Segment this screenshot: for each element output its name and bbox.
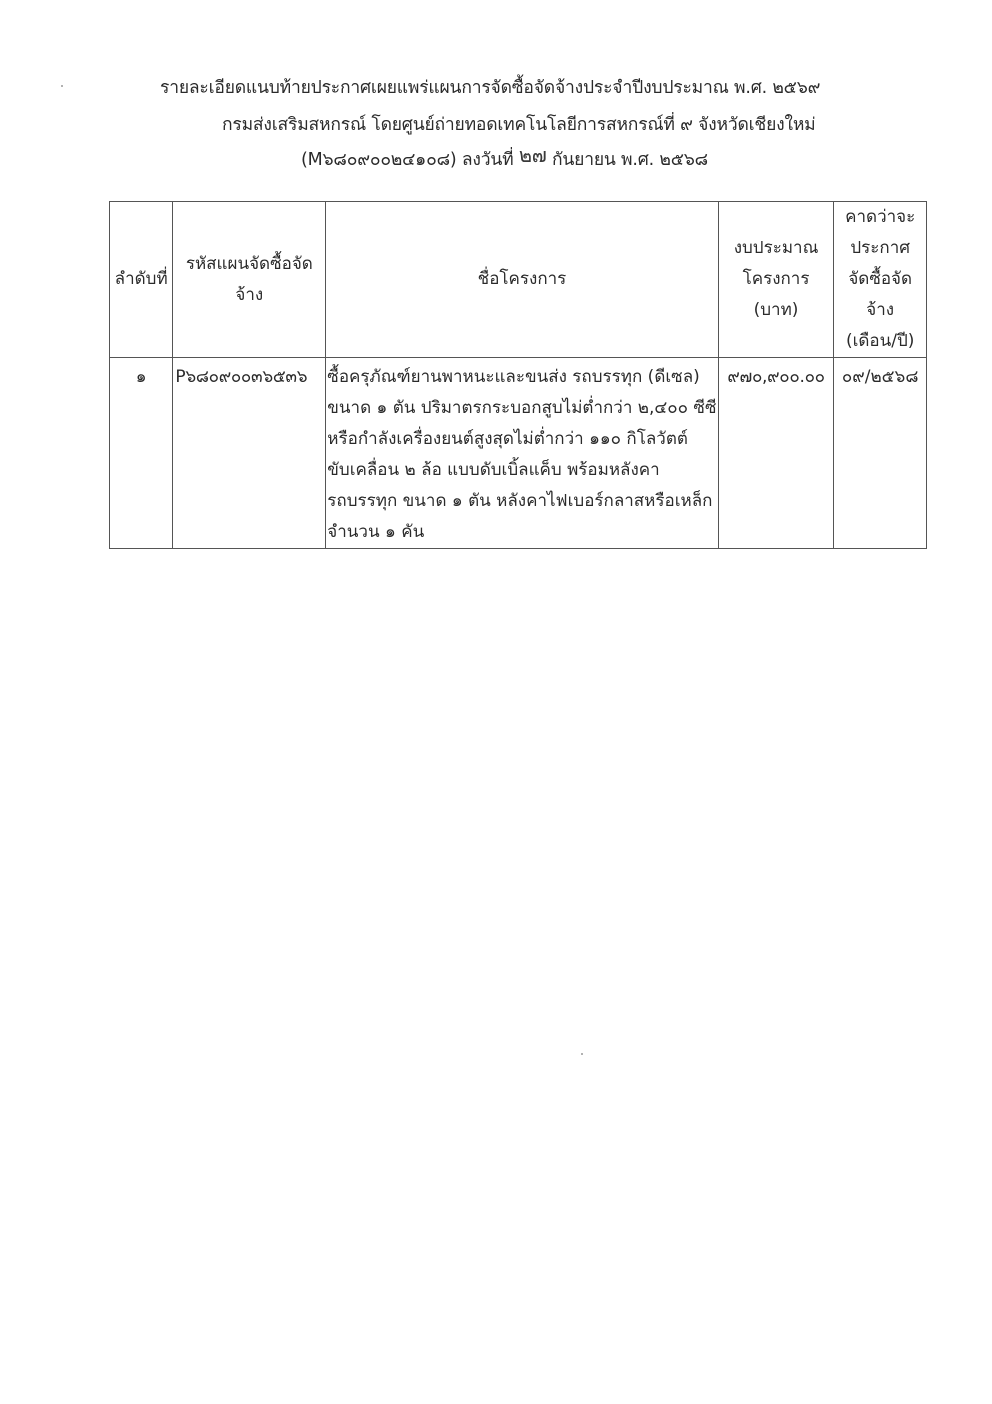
header-date: คาดว่าจะ ประกาศ จัดซื้อจัด จ้าง (เดือน/ป… — [834, 202, 927, 358]
table-header-row: ลำดับที่ รหัสแผนจัดซื้อจัด จ้าง ชื่อโครง… — [110, 202, 927, 358]
header-code-line: รหัสแผนจัดซื้อจัด — [173, 249, 325, 280]
scan-speck — [61, 85, 63, 87]
header-name: ชื่อโครงการ — [326, 202, 718, 358]
header-no: ลำดับที่ — [110, 202, 173, 358]
document-page: รายละเอียดแนบท้ายประกาศเผยแพร่แผนการจัดซ… — [0, 0, 992, 1404]
header-budget-line: งบประมาณ — [719, 233, 834, 264]
handwritten-day: ๒๗ — [519, 143, 547, 167]
scan-speck — [581, 1053, 583, 1055]
procurement-plan-table: ลำดับที่ รหัสแผนจัดซื้อจัด จ้าง ชื่อโครง… — [109, 201, 927, 549]
project-name-line: ขนาด ๑ ตัน ปริมาตรกระบอกสูบไม่ต่ำกว่า ๒,… — [327, 393, 717, 424]
project-name-line: จำนวน ๑ คัน — [327, 517, 717, 548]
project-name-line: ซื้อครุภัณฑ์ยานพาหนะและขนส่ง รถบรรทุก (ด… — [327, 362, 717, 393]
document-title-line-2: กรมส่งเสริมสหกรณ์ โดยศูนย์ถ่ายทอดเทคโนโล… — [222, 113, 816, 137]
header-date-line: ประกาศ — [834, 233, 926, 264]
cell-project-name: ซื้อครุภัณฑ์ยานพาหนะและขนส่ง รถบรรทุก (ด… — [326, 358, 718, 549]
cell-expected-date: ๐๙/๒๕๖๘ — [834, 358, 927, 549]
cell-no: ๑ — [110, 358, 173, 549]
project-name-line: ขับเคลื่อน ๒ ล้อ แบบดับเบิ้ลแค็บ พร้อมหล… — [327, 455, 717, 486]
table-row: ๑ P๖๘๐๙๐๐๓๖๕๓๖ ซื้อครุภัณฑ์ยานพาหนะและขน… — [110, 358, 927, 549]
project-name-line: รถบรรทุก ขนาด ๑ ตัน หลังคาไฟเบอร์กลาสหรื… — [327, 486, 717, 517]
header-date-line: จัดซื้อจัด — [834, 264, 926, 295]
header-code: รหัสแผนจัดซื้อจัด จ้าง — [173, 202, 326, 358]
document-title-line-1: รายละเอียดแนบท้ายประกาศเผยแพร่แผนการจัดซ… — [160, 76, 820, 100]
header-budget: งบประมาณ โครงการ (บาท) — [718, 202, 834, 358]
header-date-line: จ้าง — [834, 295, 926, 326]
header-budget-line: (บาท) — [719, 295, 834, 326]
cell-budget: ๙๗๐,๙๐๐.๐๐ — [718, 358, 834, 549]
reference-and-date-prefix: (M๖๘๐๙๐๐๒๔๑๐๘) ลงวันที่ — [301, 150, 519, 170]
date-suffix: กันยายน พ.ศ. ๒๕๖๘ — [547, 150, 708, 170]
header-date-line: คาดว่าจะ — [834, 202, 926, 233]
header-date-line: (เดือน/ปี) — [834, 326, 926, 357]
document-title-line-3: (M๖๘๐๙๐๐๒๔๑๐๘) ลงวันที่ ๒๗ กันยายน พ.ศ. … — [301, 146, 708, 172]
project-name-line: หรือกำลังเครื่องยนต์สูงสุดไม่ต่ำกว่า ๑๑๐… — [327, 424, 717, 455]
header-code-line: จ้าง — [173, 280, 325, 311]
header-budget-line: โครงการ — [719, 264, 834, 295]
cell-plan-code: P๖๘๐๙๐๐๓๖๕๓๖ — [173, 358, 326, 549]
